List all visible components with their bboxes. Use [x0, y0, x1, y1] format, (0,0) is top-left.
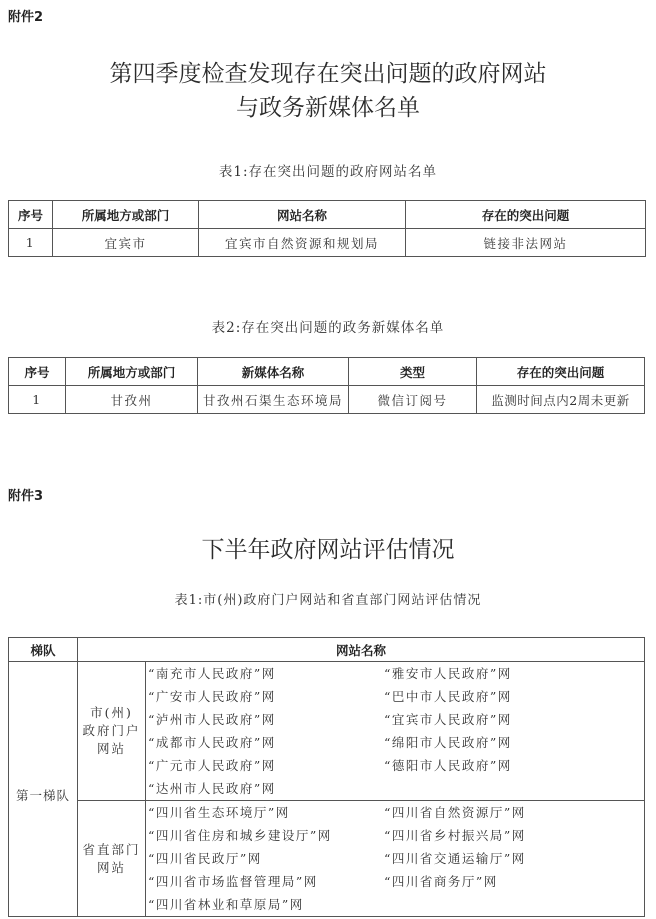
- header-region: 所属地方或部门: [66, 358, 198, 386]
- table-header-row: 序号 所属地方或部门 网站名称 存在的突出问题: [9, 201, 646, 229]
- attachment-2-label: 附件2: [8, 6, 43, 25]
- header-index: 序号: [9, 201, 53, 229]
- site-list-city-portals: “南充市人民政府”网 “雅安市人民政府”网 “广安市人民政府”网 “巴中市人民政…: [146, 662, 645, 801]
- category-line: 省直部门: [78, 841, 145, 859]
- attachment-2-title-line1: 第四季度检查发现存在突出问题的政府网站: [0, 58, 656, 90]
- website-evaluation-table: 梯队 网站名称 第一梯队 市(州) 政府门户 网站 “南充市人民政府”网 “雅安…: [8, 637, 645, 917]
- site-name: “四川省市场监督管理局”网: [148, 870, 384, 893]
- table-row: 1 甘孜州 甘孜州石渠生态环境局 微信订阅号 监测时间点内2周未更新: [9, 386, 645, 414]
- header-problem: 存在的突出问题: [477, 358, 645, 386]
- cell-index: 1: [9, 386, 66, 414]
- header-problem: 存在的突出问题: [406, 201, 646, 229]
- cell-type: 微信订阅号: [349, 386, 477, 414]
- header-tier: 梯队: [9, 638, 78, 662]
- category-city-portals: 市(州) 政府门户 网站: [78, 662, 146, 801]
- site-name: “四川省乡村振兴局”网: [384, 824, 644, 847]
- tier-label: 第一梯队: [9, 662, 78, 917]
- header-media-name: 新媒体名称: [198, 358, 349, 386]
- group-row-provincial-departments: 省直部门 网站 “四川省生态环境厅”网 “四川省自然资源厅”网 “四川省住房和城…: [9, 801, 645, 917]
- header-region: 所属地方或部门: [53, 201, 199, 229]
- site-name: “宜宾市人民政府”网: [384, 708, 644, 731]
- site-name: “广元市人民政府”网: [148, 754, 384, 777]
- category-line: 政府门户: [78, 722, 145, 740]
- site-list-provincial-departments: “四川省生态环境厅”网 “四川省自然资源厅”网 “四川省住房和城乡建设厅”网 “…: [146, 801, 645, 917]
- cell-region: 宜宾市: [53, 229, 199, 257]
- site-name: “四川省林业和草原局”网: [148, 893, 384, 916]
- site-name: “成都市人民政府”网: [148, 731, 384, 754]
- cell-index: 1: [9, 229, 53, 257]
- group-row-city-portals: 第一梯队 市(州) 政府门户 网站 “南充市人民政府”网 “雅安市人民政府”网 …: [9, 662, 645, 801]
- site-name: “四川省商务厅”网: [384, 870, 644, 893]
- table-header-row: 序号 所属地方或部门 新媒体名称 类型 存在的突出问题: [9, 358, 645, 386]
- site-name: “雅安市人民政府”网: [384, 662, 644, 685]
- site-name: “四川省生态环境厅”网: [148, 801, 384, 824]
- category-line: 网站: [78, 740, 145, 758]
- header-website-name: 网站名称: [78, 638, 645, 662]
- header-type: 类型: [349, 358, 477, 386]
- table-2-caption: 表2:存在突出问题的政务新媒体名单: [0, 316, 656, 336]
- site-name: “四川省民政厅”网: [148, 847, 384, 870]
- site-name: “德阳市人民政府”网: [384, 754, 644, 777]
- table-header-row: 梯队 网站名称: [9, 638, 645, 662]
- site-name: “四川省交通运输厅”网: [384, 847, 644, 870]
- category-line: 网站: [78, 859, 145, 877]
- site-name: “南充市人民政府”网: [148, 662, 384, 685]
- site-name: “四川省住房和城乡建设厅”网: [148, 824, 384, 847]
- cell-website-name: 宜宾市自然资源和规划局: [199, 229, 406, 257]
- site-name: “广安市人民政府”网: [148, 685, 384, 708]
- table-row: 1 宜宾市 宜宾市自然资源和规划局 链接非法网站: [9, 229, 646, 257]
- site-name: “巴中市人民政府”网: [384, 685, 644, 708]
- table-1-caption: 表1:存在突出问题的政府网站名单: [0, 160, 656, 180]
- problem-websites-table: 序号 所属地方或部门 网站名称 存在的突出问题 1 宜宾市 宜宾市自然资源和规划…: [8, 200, 646, 257]
- site-name: “绵阳市人民政府”网: [384, 731, 644, 754]
- cell-problem: 监测时间点内2周未更新: [477, 386, 645, 414]
- site-name: “达州市人民政府”网: [148, 777, 384, 800]
- cell-region: 甘孜州: [66, 386, 198, 414]
- category-line: 市(州): [78, 704, 145, 722]
- attachment-3-title: 下半年政府网站评估情况: [0, 534, 656, 566]
- tier-text: 第一梯队: [9, 786, 77, 804]
- site-name: “泸州市人民政府”网: [148, 708, 384, 731]
- attachment-2-title-line2: 与政务新媒体名单: [0, 92, 656, 124]
- problem-new-media-table: 序号 所属地方或部门 新媒体名称 类型 存在的突出问题 1 甘孜州 甘孜州石渠生…: [8, 357, 645, 414]
- cell-media-name: 甘孜州石渠生态环境局: [198, 386, 349, 414]
- header-index: 序号: [9, 358, 66, 386]
- site-name: “四川省自然资源厅”网: [384, 801, 644, 824]
- attachment-3-label: 附件3: [8, 485, 43, 504]
- category-provincial-departments: 省直部门 网站: [78, 801, 146, 917]
- cell-problem: 链接非法网站: [406, 229, 646, 257]
- table-3-caption: 表1:市(州)政府门户网站和省直部门网站评估情况: [0, 589, 656, 608]
- header-website-name: 网站名称: [199, 201, 406, 229]
